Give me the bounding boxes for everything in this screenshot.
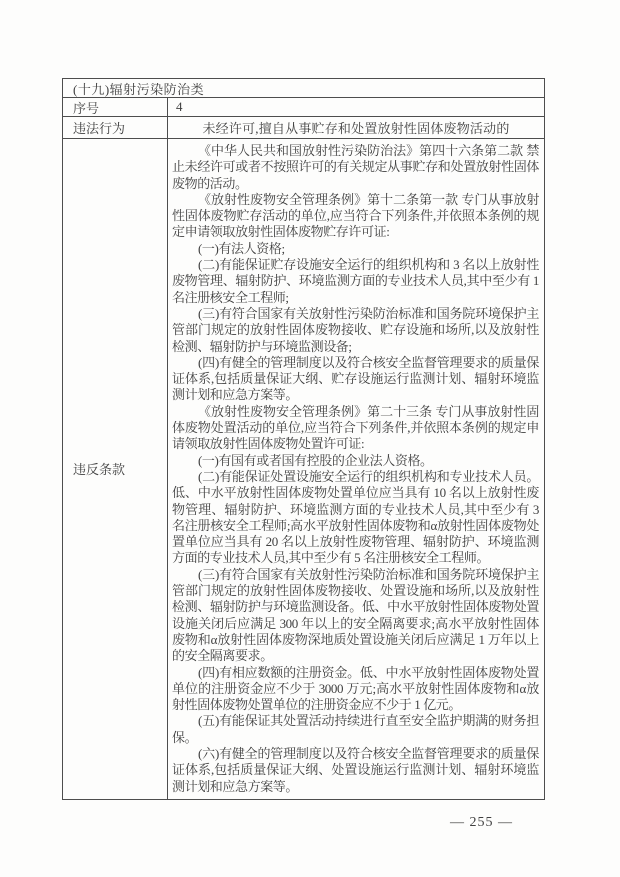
table-row-serial: 序号 4 <box>63 98 544 117</box>
provision-paragraph: (一)有国有或者国有控股的企业法人资格。 <box>172 453 539 469</box>
provision-paragraph: (六)有健全的管理制度以及符合核安全监督管理要求的质量保证体系,包括质量保证大纲… <box>172 746 539 795</box>
page-number: — 255 — <box>450 815 513 831</box>
provision-paragraph: (一)有法人资格; <box>172 241 539 257</box>
provision-paragraph: (二)有能保证贮存设施安全运行的组织机构和 3 名以上放射性废物管理、辐射防护、… <box>172 257 539 306</box>
provision-paragraph: 《放射性废物安全管理条例》第十二条第一款 专门从事放射性固体废物贮存活动的单位,… <box>172 192 539 241</box>
category-header-label: (十九)辐射污染防治类 <box>73 79 204 98</box>
illegal-behavior-value: 未经许可,擅自从事贮存和处置放射性固体废物活动的 <box>168 117 544 138</box>
illegal-behavior-label: 违法行为 <box>63 117 168 138</box>
regulation-table: (十九)辐射污染防治类 序号 4 违法行为 未经许可,擅自从事贮存和处置放射性固… <box>62 78 545 800</box>
violated-clauses-body: 《中华人民共和国放射性污染防治法》第四十六条第二款 禁止未经许可或者不按照许可的… <box>168 139 544 799</box>
serial-value: 4 <box>168 98 544 116</box>
table-row-category-header: (十九)辐射污染防治类 <box>63 79 544 98</box>
document-page: (十九)辐射污染防治类 序号 4 违法行为 未经许可,擅自从事贮存和处置放射性固… <box>0 0 620 877</box>
table-row-violated-clauses: 违反条款 《中华人民共和国放射性污染防治法》第四十六条第二款 禁止未经许可或者不… <box>63 139 544 799</box>
provision-paragraph: (三)有符合国家有关放射性污染防治标准和国务院环境保护主管部门规定的放射性固体废… <box>172 306 539 355</box>
violated-clauses-label: 违反条款 <box>63 139 168 799</box>
table-row-illegal-behavior: 违法行为 未经许可,擅自从事贮存和处置放射性固体废物活动的 <box>63 117 544 139</box>
provision-paragraph: (四)有相应数额的注册资金。低、中水平放射性固体废物处置单位的注册资金应不少于 … <box>172 665 539 714</box>
provision-paragraph: (二)有能保证处置设施安全运行的组织机构和专业技术人员。低、中水平放射性固体废物… <box>172 469 539 567</box>
provision-paragraph: (三)有符合国家有关放射性污染防治标准和国务院环境保护主管部门规定的放射性固体废… <box>172 567 539 665</box>
provision-paragraph: 《放射性废物安全管理条例》第二十三条 专门从事放射性固体废物处置活动的单位,应当… <box>172 404 539 453</box>
provision-paragraph: 《中华人民共和国放射性污染防治法》第四十六条第二款 禁止未经许可或者不按照许可的… <box>172 143 539 192</box>
provision-paragraph: (四)有健全的管理制度以及符合核安全监督管理要求的质量保证体系,包括质量保证大纲… <box>172 355 539 404</box>
provision-paragraph: (五)有能保证其处置活动持续进行直至安全监护期满的财务担保。 <box>172 713 539 746</box>
serial-label: 序号 <box>63 98 168 116</box>
